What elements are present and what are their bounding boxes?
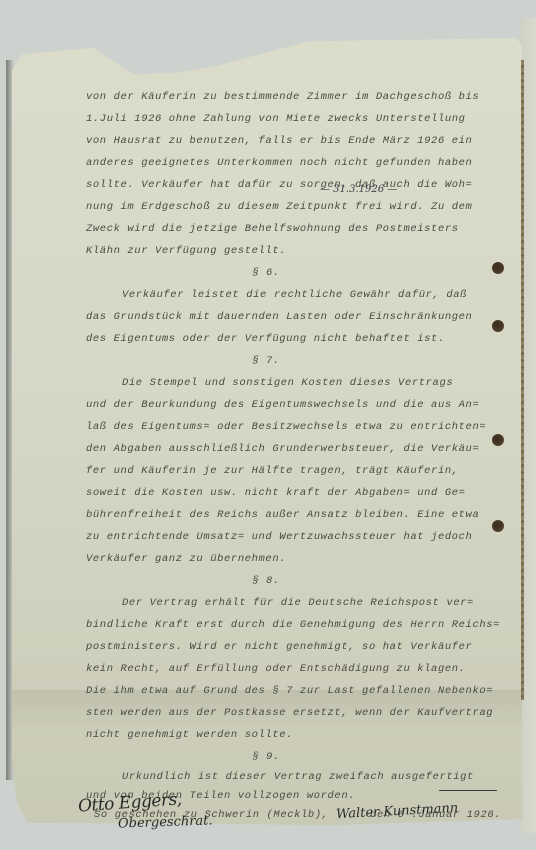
- section-7: § 7. Die Stempel und sonstigen Kosten di…: [86, 350, 496, 570]
- text-line: bührenfreiheit des Reichs außer Ansatz b…: [86, 504, 496, 526]
- text-line: von Hausrat zu benutzen, falls er bis En…: [86, 130, 496, 152]
- binding-thread: [521, 60, 524, 700]
- text-line: zu entrichtende Umsatz= und Wertzuwachss…: [86, 526, 496, 548]
- text-line: Klähn zur Verfügung gestellt.: [86, 240, 496, 262]
- text-line: Die Stempel und sonstigen Kosten dieses …: [86, 372, 496, 394]
- contract-text: von der Käuferin zu bestimmende Zimmer i…: [86, 86, 496, 825]
- text-line: sollte. Verkäufer hat dafür zu sorgen, d…: [86, 174, 496, 196]
- text-line: anderes geeignetes Unterkommen noch nich…: [86, 152, 496, 174]
- section-6: § 6. Verkäufer leistet die rechtliche Ge…: [86, 262, 496, 350]
- paragraph-5-continuation: von der Käuferin zu bestimmende Zimmer i…: [86, 86, 496, 262]
- text-line: Zweck wird die jetzige Behelfswohnung de…: [86, 218, 496, 240]
- text-line: kein Recht, auf Erfüllung oder Entschädi…: [86, 658, 496, 680]
- text-line: Verkäufer ganz zu übernehmen.: [86, 548, 496, 570]
- text-line: Die ihm etwa auf Grund des § 7 zur Last …: [86, 680, 496, 702]
- text-line: Verkäufer leistet die rechtliche Gewähr …: [86, 284, 496, 306]
- section-8: § 8. Der Vertrag erhält für die Deutsche…: [86, 570, 496, 746]
- section-heading: § 9.: [86, 746, 496, 768]
- text-line: nung im Erdgeschoß zu diesem Zeitpunkt f…: [86, 196, 496, 218]
- text-line: fer und Käuferin je zur Hälfte tragen, t…: [86, 460, 496, 482]
- text-line: Der Vertrag erhält für die Deutsche Reic…: [86, 592, 496, 614]
- text-line: nicht genehmigt werden sollte.: [86, 724, 496, 746]
- text-line: soweit die Kosten usw. nicht kraft der A…: [86, 482, 496, 504]
- text-line: das Grundstück mit dauernden Lasten oder…: [86, 306, 496, 328]
- text-line: und der Beurkundung des Eigentumswechsel…: [86, 394, 496, 416]
- text-line: Urkundlich ist dieser Vertrag zweifach a…: [86, 768, 496, 787]
- text-line: sten werden aus der Postkasse ersetzt, w…: [86, 702, 496, 724]
- text-line: von der Käuferin zu bestimmende Zimmer i…: [86, 86, 496, 108]
- section-heading: § 7.: [86, 350, 496, 372]
- text-line: des Eigentums oder der Verfügung nicht b…: [86, 328, 496, 350]
- text-line: laß des Eigentums= oder Besitzwechsels e…: [86, 416, 496, 438]
- date-underline: [439, 790, 497, 791]
- section-heading: § 6.: [86, 262, 496, 284]
- text-line: 1.Juli 1926 ohne Zahlung von Miete zweck…: [86, 108, 496, 130]
- section-heading: § 8.: [86, 570, 496, 592]
- text-line: bindliche Kraft erst durch die Genehmigu…: [86, 614, 496, 636]
- signature-title: Obergeschrat.: [118, 813, 213, 831]
- text-line: den Abgaben ausschließlich Grunderwerbst…: [86, 438, 496, 460]
- text-line: postministers. Wird er nicht genehmigt, …: [86, 636, 496, 658]
